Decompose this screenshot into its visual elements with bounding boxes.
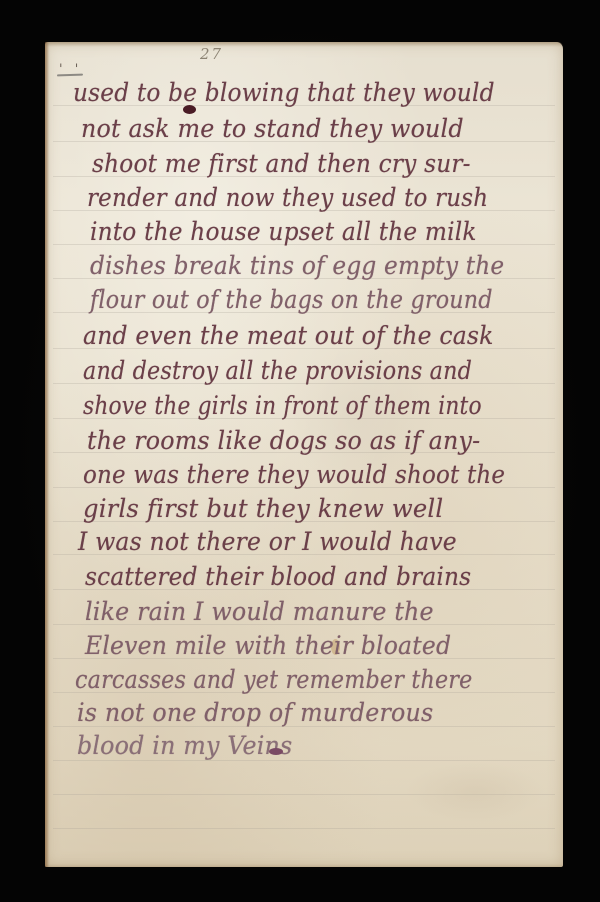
text-line: and even the meat out of the cask: [83, 321, 494, 350]
text-line: one was there they would shoot the: [83, 460, 505, 489]
text-line: is not one drop of murderous: [77, 698, 433, 727]
text-line: not ask me to stand they would: [81, 114, 464, 143]
text-line: like rain I would manure the: [85, 597, 434, 626]
text-line: and destroy all the provisions and: [83, 356, 472, 385]
text-line: carcasses and yet remember there: [75, 665, 472, 694]
ink-blot: [269, 748, 283, 755]
text-line: render and now they used to rush: [87, 183, 488, 212]
text-line: dishes break tins of egg empty the: [90, 251, 504, 280]
text-line: into the house upset all the milk: [90, 217, 477, 246]
text-line: flour out of the bags on the ground: [90, 285, 493, 314]
text-line: shoot me first and then cry sur-: [92, 149, 471, 178]
text-line: I was not there or I would have: [78, 527, 457, 556]
manuscript-page: ' ' 27 used to be blowing that they woul…: [45, 42, 563, 867]
text-line: used to be blowing that they would: [73, 78, 495, 107]
text-line: scattered their blood and brains: [85, 562, 471, 591]
text-line: the rooms like dogs so as if any-: [87, 426, 480, 455]
ink-blot: [183, 105, 196, 114]
text-line: blood in my Veins: [77, 731, 292, 760]
text-line: Eleven mile with their bloated: [85, 631, 451, 660]
text-line: girls first but they knew well: [83, 494, 443, 523]
handwritten-text: used to be blowing that they would not a…: [45, 42, 563, 867]
text-line: shove the girls in front of them into: [83, 391, 482, 420]
